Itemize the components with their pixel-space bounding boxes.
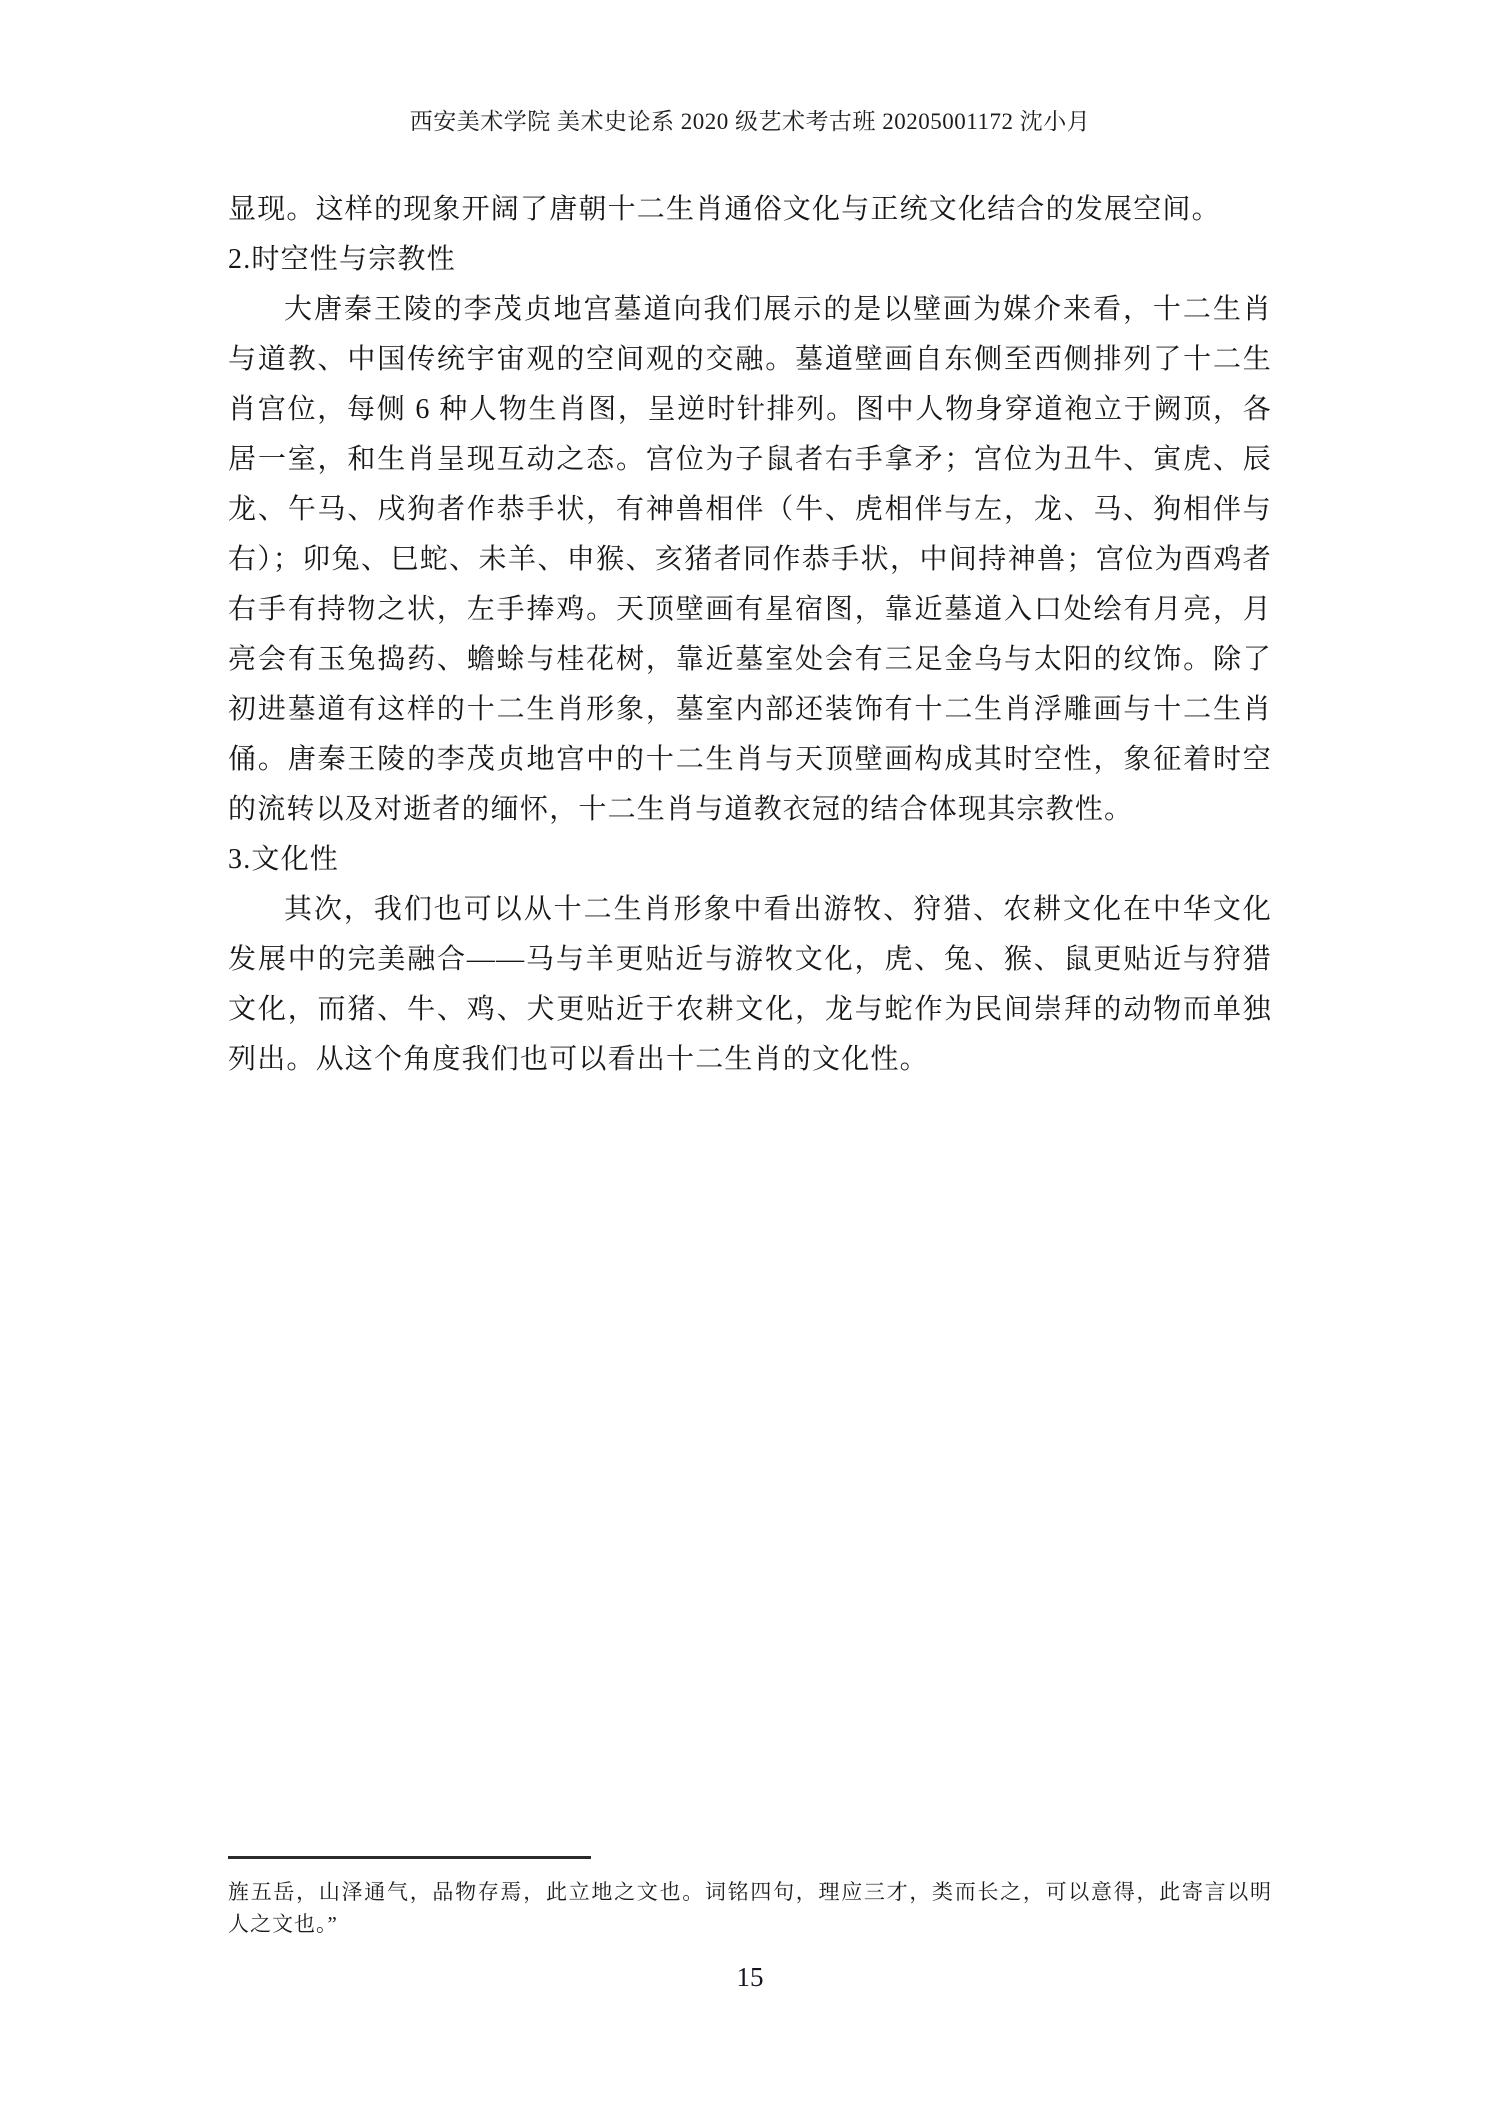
page-number: 15 <box>0 1962 1500 1993</box>
footnote-line: 旌五岳，山泽通气，品物存焉，此立地之文也。词铭四句，理应三才，类而长之，可以意得… <box>228 1876 1272 1908</box>
footnote-area: 旌五岳，山泽通气，品物存焉，此立地之文也。词铭四句，理应三才，类而长之，可以意得… <box>228 1856 1272 1940</box>
paragraph-cultural-fusion: 其次，我们也可以从十二生肖形象中看出游牧、狩猎、农耕文化在中华文化发展中的完美融… <box>228 885 1272 1085</box>
footnote-line: 人之文也。” <box>228 1908 1272 1940</box>
section-heading-temporal-religious: 2.时空性与宗教性 <box>228 235 1272 285</box>
document-body: 显现。这样的现象开阔了唐朝十二生肖通俗文化与正统文化结合的发展空间。 2.时空性… <box>228 185 1272 1085</box>
paragraph-tomb-murals: 大唐秦王陵的李茂贞地宫墓道向我们展示的是以壁画为媒介来看，十二生肖与道教、中国传… <box>228 285 1272 835</box>
document-page: 西安美术学院 美术史论系 2020 级艺术考古班 20205001172 沈小月… <box>0 0 1500 2122</box>
footnote-separator <box>228 1856 591 1859</box>
page-header: 西安美术学院 美术史论系 2020 级艺术考古班 20205001172 沈小月 <box>228 106 1272 138</box>
section-heading-cultural: 3.文化性 <box>228 835 1272 885</box>
paragraph-continuation: 显现。这样的现象开阔了唐朝十二生肖通俗文化与正统文化结合的发展空间。 <box>228 185 1272 235</box>
page-header-text: 西安美术学院 美术史论系 2020 级艺术考古班 20205001172 沈小月 <box>410 109 1090 134</box>
